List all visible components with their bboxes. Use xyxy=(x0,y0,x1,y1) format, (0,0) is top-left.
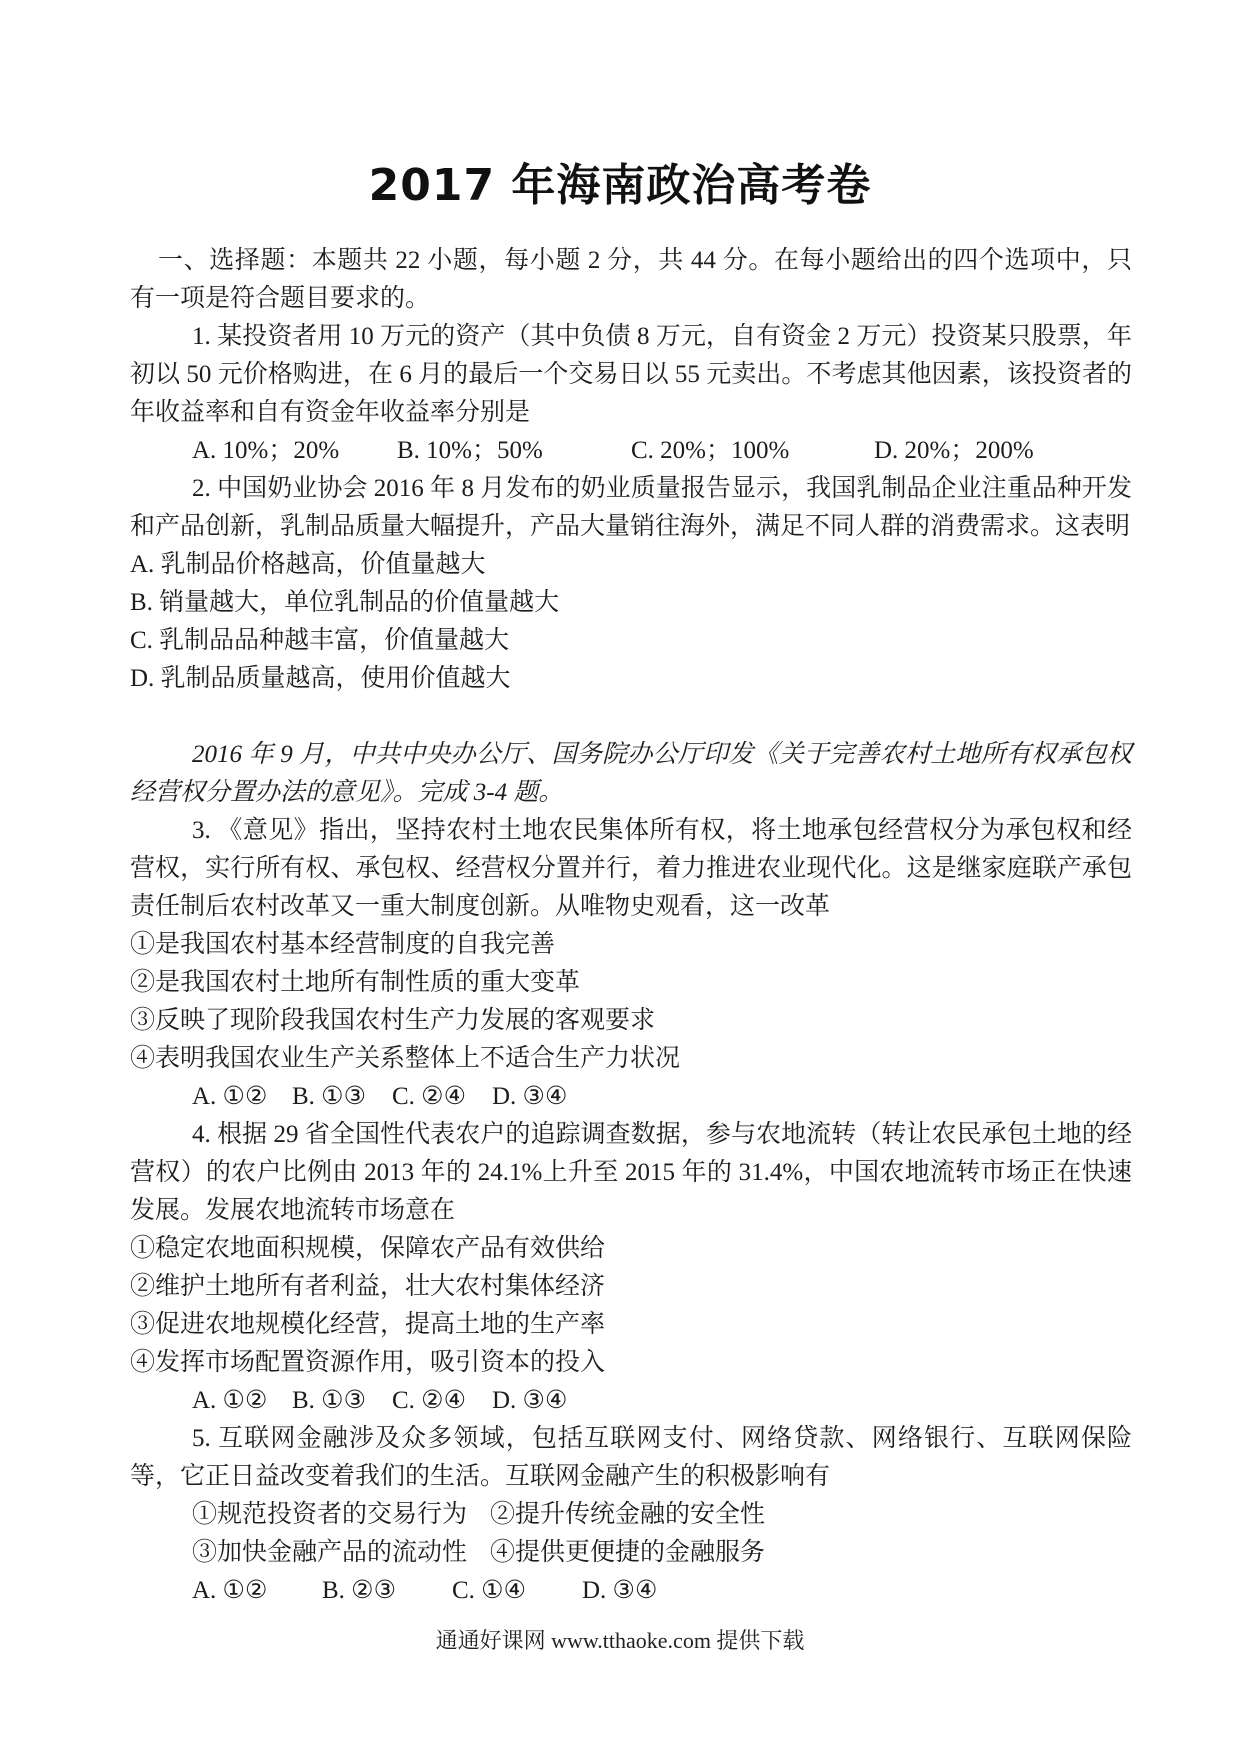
q3-item-3: ③反映了现阶段我国农村生产力发展的客观要求 xyxy=(130,1002,1132,1040)
section-heading: 一、选择题：本题共 22 小题，每小题 2 分，共 44 分。在每小题给出的四个… xyxy=(130,242,1132,318)
q4-item-4: ④发挥市场配置资源作用，吸引资本的投入 xyxy=(130,1344,1132,1382)
q4-stem: 4. 根据 29 省全国性代表农户的追踪调查数据，参与农地流转（转让农民承包土地… xyxy=(130,1116,1132,1230)
q1-stem: 1. 某投资者用 10 万元的资产（其中负债 8 万元，自有资金 2 万元）投资… xyxy=(130,318,1132,432)
q1-option-a: A. 10%；20% xyxy=(192,432,397,470)
q2-option-c: C. 乳制品品种越丰富，价值量越大 xyxy=(130,622,1132,660)
exam-page: 2017 年海南政治高考卷 一、选择题：本题共 22 小题，每小题 2 分，共 … xyxy=(0,0,1240,1754)
q1-option-c: C. 20%；100% xyxy=(631,432,874,470)
q5-stem: 5. 互联网金融涉及众多领域，包括互联网支付、网络贷款、网络银行、互联网保险等，… xyxy=(130,1420,1132,1496)
q4-answer-c: C. ②④ xyxy=(392,1382,492,1420)
q5-item-1: ①规范投资者的交易行为 xyxy=(192,1496,490,1534)
q3-answer-a: A. ①② xyxy=(192,1078,292,1116)
q5-item-3: ③加快金融产品的流动性 xyxy=(192,1534,490,1572)
q3-answer-c: C. ②④ xyxy=(392,1078,492,1116)
q3-item-2: ②是我国农村土地所有制性质的重大变革 xyxy=(130,964,1132,1002)
q5-answer-a: A. ①② xyxy=(192,1572,322,1610)
exam-body: 一、选择题：本题共 22 小题，每小题 2 分，共 44 分。在每小题给出的四个… xyxy=(130,242,1132,1610)
q5-item-4: ④提供更便捷的金融服务 xyxy=(490,1534,765,1572)
q4-item-1: ①稳定农地面积规模，保障农产品有效供给 xyxy=(130,1230,1132,1268)
passage-q3-q4: 2016 年 9 月，中共中央办公厅、国务院办公厅印发《关于完善农村土地所有权承… xyxy=(130,736,1132,812)
q1-options-row: A. 10%；20% B. 10%；50% C. 20%；100% D. 20%… xyxy=(192,432,1132,470)
q1-option-d: D. 20%；200% xyxy=(874,432,1034,470)
q3-answer-b: B. ①③ xyxy=(292,1078,392,1116)
q4-item-2: ②维护土地所有者利益，壮大农村集体经济 xyxy=(130,1268,1132,1306)
q4-answer-a: A. ①② xyxy=(192,1382,292,1420)
page-footer: 通通好课网 www.tthaoke.com 提供下载 xyxy=(0,1626,1240,1656)
q3-item-1: ①是我国农村基本经营制度的自我完善 xyxy=(130,926,1132,964)
q4-answers-row: A. ①② B. ①③ C. ②④ D. ③④ xyxy=(192,1382,1132,1420)
q5-answers-row: A. ①② B. ②③ C. ①④ D. ③④ xyxy=(192,1572,1132,1610)
q1-option-b: B. 10%；50% xyxy=(397,432,631,470)
exam-title: 2017 年海南政治高考卷 xyxy=(0,156,1240,216)
q5-items-row-2: ③加快金融产品的流动性 ④提供更便捷的金融服务 xyxy=(192,1534,1132,1572)
q3-answer-d: D. ③④ xyxy=(492,1078,567,1116)
q2-option-a: A. 乳制品价格越高，价值量越大 xyxy=(130,546,1132,584)
q5-item-2: ②提升传统金融的安全性 xyxy=(490,1496,765,1534)
q5-answer-b: B. ②③ xyxy=(322,1572,452,1610)
q3-answers-row: A. ①② B. ①③ C. ②④ D. ③④ xyxy=(192,1078,1132,1116)
q4-answer-b: B. ①③ xyxy=(292,1382,392,1420)
q4-answer-d: D. ③④ xyxy=(492,1382,567,1420)
q5-answer-d: D. ③④ xyxy=(582,1572,657,1610)
q5-answer-c: C. ①④ xyxy=(452,1572,582,1610)
q2-option-d: D. 乳制品质量越高，使用价值越大 xyxy=(130,660,1132,698)
q3-item-4: ④表明我国农业生产关系整体上不适合生产力状况 xyxy=(130,1040,1132,1078)
q2-option-b: B. 销量越大，单位乳制品的价值量越大 xyxy=(130,584,1132,622)
q5-items-row-1: ①规范投资者的交易行为 ②提升传统金融的安全性 xyxy=(192,1496,1132,1534)
q3-stem: 3. 《意见》指出，坚持农村土地农民集体所有权，将土地承包经营权分为承包权和经营… xyxy=(130,812,1132,926)
q2-stem: 2. 中国奶业协会 2016 年 8 月发布的奶业质量报告显示，我国乳制品企业注… xyxy=(130,470,1132,546)
q4-item-3: ③促进农地规模化经营，提高土地的生产率 xyxy=(130,1306,1132,1344)
